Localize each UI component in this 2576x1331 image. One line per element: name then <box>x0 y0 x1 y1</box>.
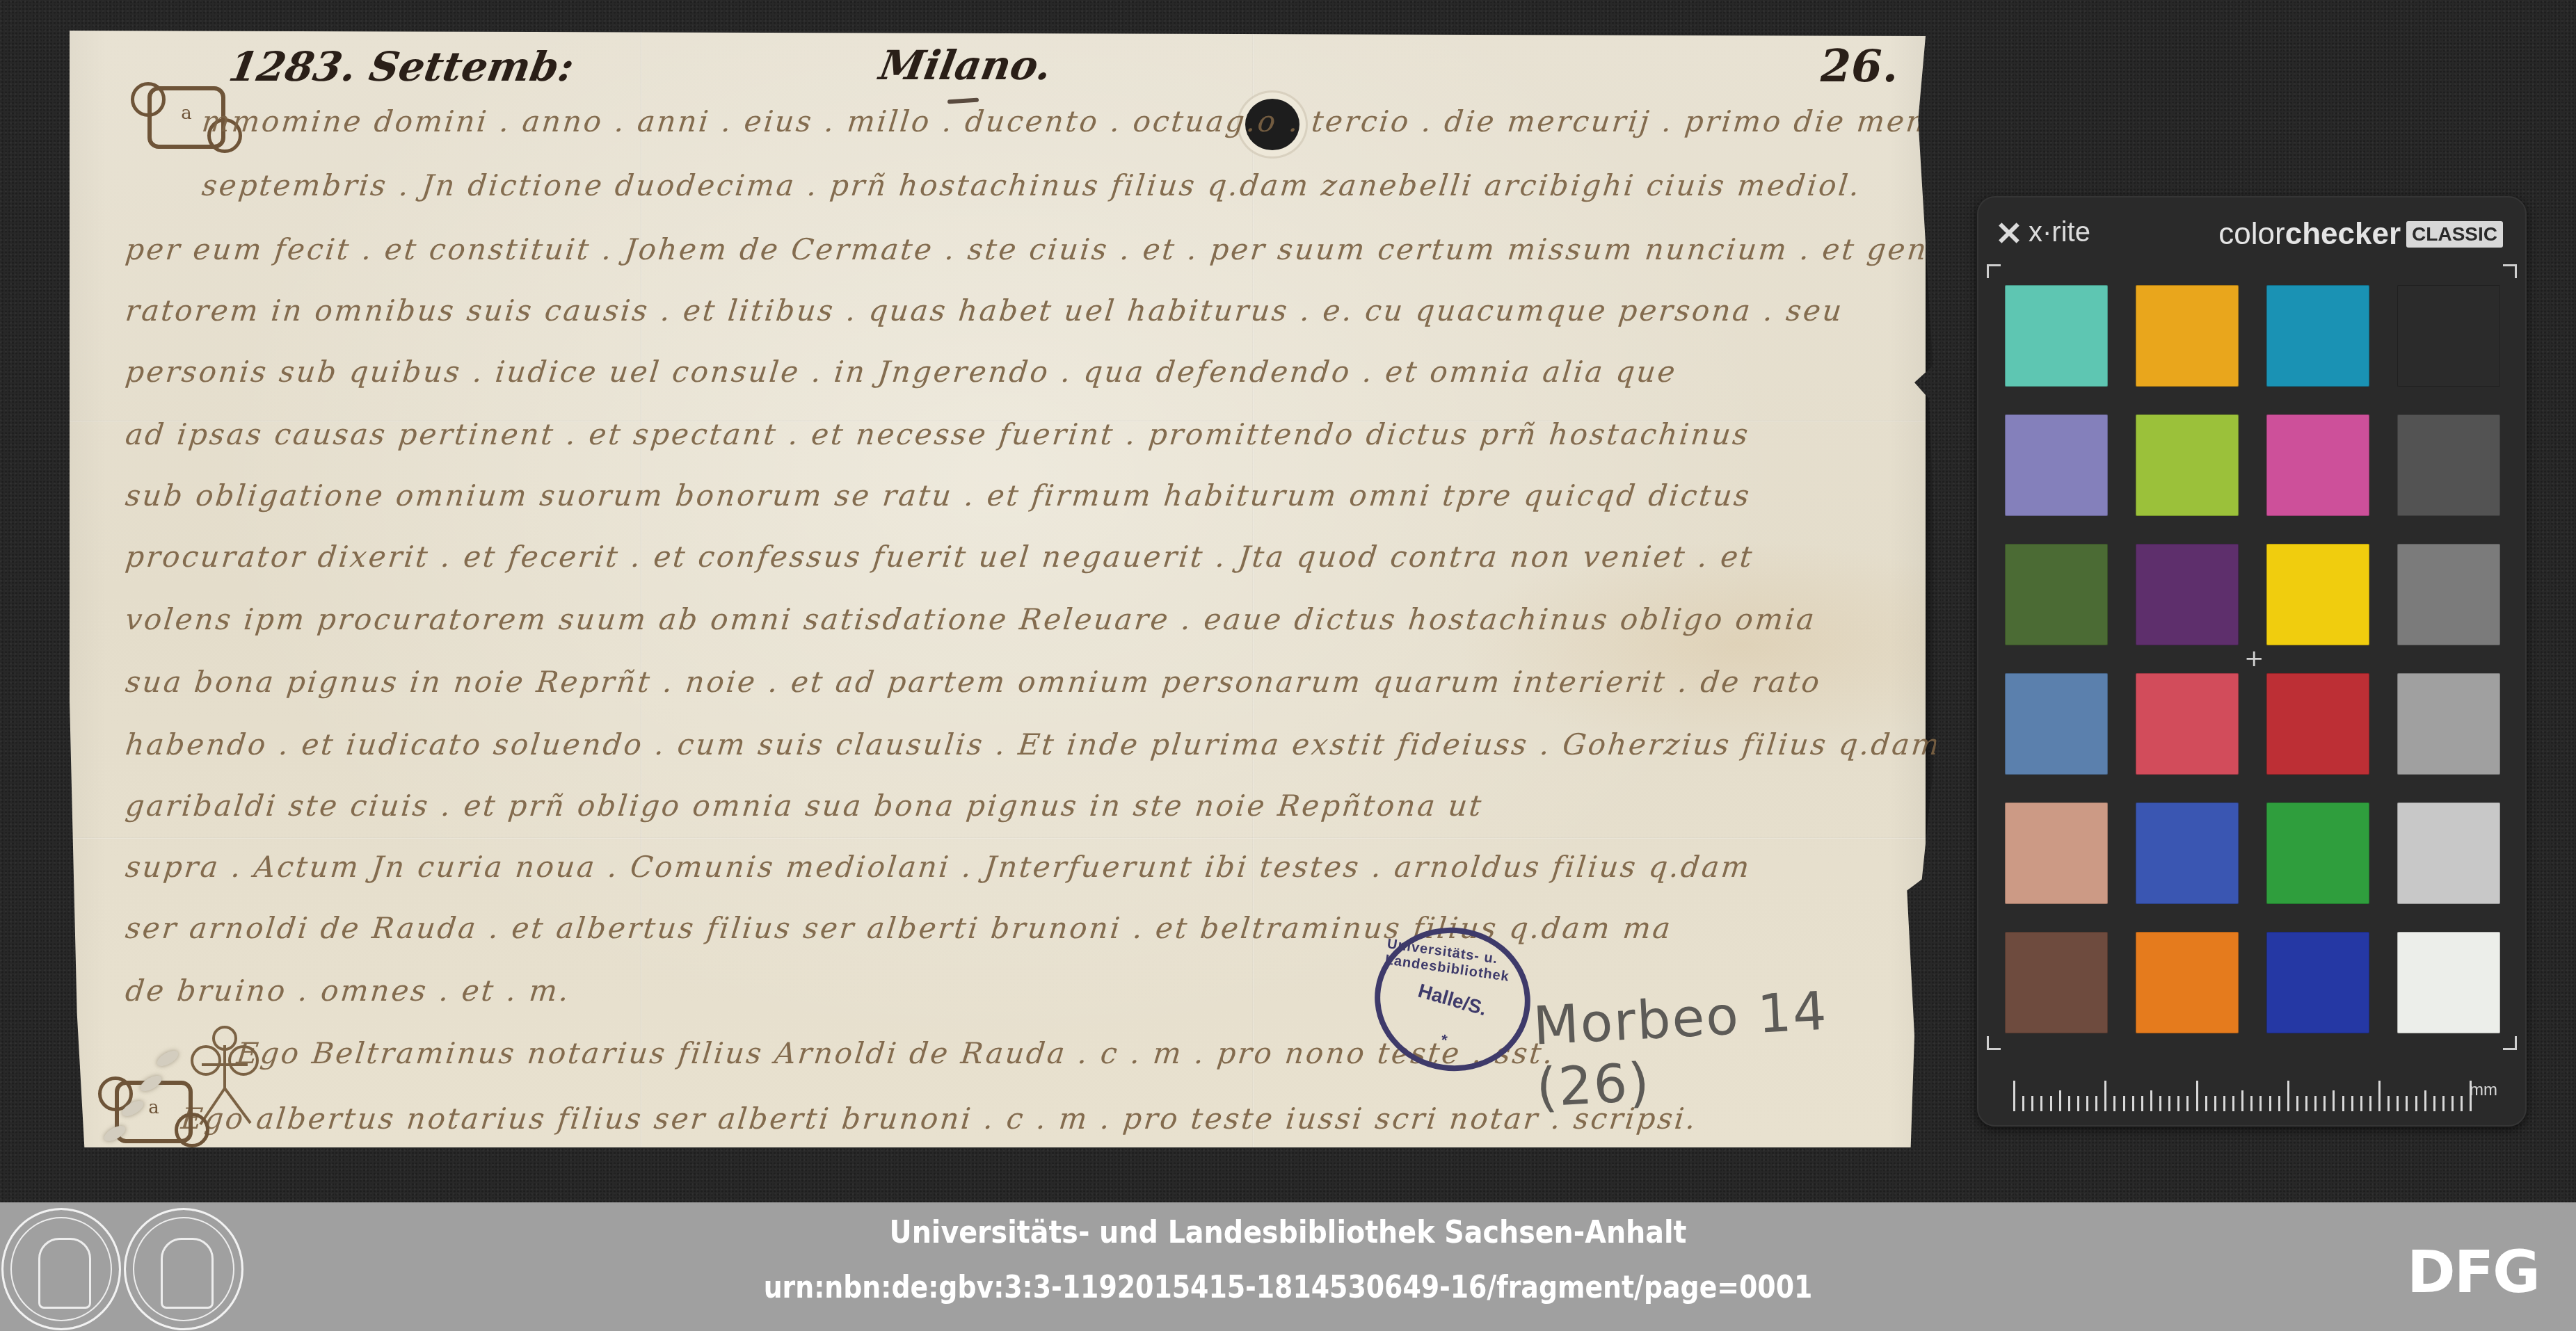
ruler-tick <box>2342 1096 2344 1111</box>
pencil-shelfmark: Morbeo 14 (26) <box>1532 974 1929 1118</box>
notary-signum-icon <box>186 1022 263 1126</box>
ruler-tick <box>2369 1096 2371 1111</box>
footer-text-block: Universitäts- und Landesbibliothek Sachs… <box>0 1215 2576 1305</box>
ruler-tick <box>2177 1096 2179 1111</box>
mm-ruler <box>2013 1079 2472 1111</box>
manuscript-line: per eum fecit . et constituit . Johem de… <box>123 232 1949 274</box>
ruler-tick <box>2104 1081 2106 1111</box>
ruler-tick <box>2314 1096 2317 1111</box>
registration-corner-icon <box>2503 1036 2517 1050</box>
ruler-tick <box>2123 1096 2125 1111</box>
ruler-tick <box>2415 1096 2417 1111</box>
color-swatch <box>2136 932 2239 1033</box>
xrite-logo: x·rite <box>1997 217 2090 248</box>
notary-subscription: Ego Beltraminus notarius filius Arnoldi … <box>234 1036 1556 1078</box>
ruler-tick <box>2159 1096 2161 1111</box>
ruler-tick <box>2305 1096 2307 1111</box>
ruler-tick <box>2397 1096 2399 1111</box>
ruler-tick <box>2278 1096 2280 1111</box>
ruler-tick <box>2205 1096 2207 1111</box>
manuscript-line: ratorem in omnibus suis causis . et liti… <box>123 293 1846 335</box>
manuscript-line: habendo . et iudicato soluendo . cum sui… <box>123 727 2058 769</box>
ruler-tick <box>2296 1096 2298 1111</box>
ruler-tick <box>2040 1096 2042 1111</box>
ruler-tick <box>2013 1081 2015 1111</box>
color-swatch <box>2136 802 2239 904</box>
ruler-tick <box>2259 1096 2262 1111</box>
seal-cord-holes <box>97 1053 181 1143</box>
place-underline <box>947 97 979 104</box>
color-swatch <box>2005 932 2108 1033</box>
ruler-tick <box>2196 1081 2198 1111</box>
ruler-tick <box>2095 1096 2097 1111</box>
manuscript-line: procurator dixerit . et fecerit . et con… <box>123 540 1756 581</box>
color-swatch <box>2005 414 2108 516</box>
ruler-tick <box>2132 1096 2134 1111</box>
ruler-tick <box>2150 1090 2152 1111</box>
color-swatch <box>2005 285 2108 387</box>
manuscript-line: garibaldi ste ciuis . et prñ obligo omni… <box>123 789 1485 830</box>
archival-place-annotation: Milano. <box>876 42 1055 89</box>
ruler-tick <box>2168 1096 2170 1111</box>
archival-date-annotation: 1283. Settemb: <box>225 43 577 90</box>
xrite-mark-icon <box>1997 220 2022 245</box>
ruler-tick <box>2031 1096 2033 1111</box>
manuscript-line: personis sub quibus . iudice uel consule… <box>123 355 1679 396</box>
manuscript-line: mmominе domini . anno . anni . eius . mi… <box>200 104 1974 146</box>
color-swatch <box>2397 802 2500 904</box>
color-swatch <box>2266 544 2369 645</box>
ruler-tick <box>2022 1096 2024 1111</box>
ruler-unit-label: mm <box>2470 1081 2497 1100</box>
color-swatch <box>2397 414 2500 516</box>
manuscript-line: septembris . Jn dictione duodecima . prñ… <box>200 168 1863 210</box>
ruler-tick <box>2406 1096 2408 1111</box>
dfg-logo: DFG <box>2407 1243 2539 1301</box>
parchment-document: 1283. Settemb: Milano. 26. a mmominе dom… <box>70 31 1926 1147</box>
colorchecker-product-name: color checker CLASSIC <box>2218 217 2503 252</box>
ruler-tick <box>2424 1090 2426 1111</box>
ruler-tick <box>2433 1096 2435 1111</box>
color-swatch <box>2397 285 2500 387</box>
color-swatch <box>2266 932 2369 1033</box>
color-swatch <box>2136 544 2239 645</box>
color-swatch <box>2266 673 2369 775</box>
center-crosshair-icon: + <box>2244 647 2264 670</box>
manuscript-line: volens ipm procuratorem suum ab omni sat… <box>123 602 1818 644</box>
ruler-tick <box>2141 1096 2143 1111</box>
color-swatch <box>2397 673 2500 775</box>
color-swatch <box>2136 414 2239 516</box>
ruler-tick <box>2378 1081 2381 1111</box>
ruler-tick <box>2323 1096 2326 1111</box>
ruler-tick <box>2442 1096 2445 1111</box>
color-swatch <box>2005 673 2108 775</box>
registration-corner-icon <box>1987 1036 2001 1050</box>
ruler-tick <box>2186 1096 2189 1111</box>
color-swatch <box>2005 802 2108 904</box>
color-swatch <box>2397 932 2500 1033</box>
ruler-tick <box>2461 1096 2463 1111</box>
registration-corner-icon <box>1987 264 2001 278</box>
color-swatch <box>2136 673 2239 775</box>
urn-identifier[interactable]: urn:nbn:de:gbv:3:3-1192015415-1814530649… <box>180 1270 2396 1305</box>
manuscript-line: ad ipsas causas pertinent . et spectant … <box>123 417 1752 459</box>
classic-badge: CLASSIC <box>2406 221 2503 248</box>
manuscript-line: supra . Actum Jn curia noua . Comunis me… <box>123 850 1753 892</box>
fold-line <box>70 837 1926 839</box>
color-swatch <box>2136 285 2239 387</box>
ruler-tick <box>2333 1090 2335 1111</box>
ruler-tick <box>2214 1096 2216 1111</box>
institution-footer: Universitäts- und Landesbibliothek Sachs… <box>0 1202 2576 1331</box>
ruler-tick <box>2113 1096 2115 1111</box>
library-ownership-stamp: Universitäts- u. Landesbibliothek Halle/… <box>1366 917 1539 1081</box>
ruler-tick <box>2223 1096 2225 1111</box>
manuscript-line: de bruino . omnes . et . m. <box>123 974 573 1015</box>
ruler-tick <box>2232 1096 2234 1111</box>
color-swatch <box>2266 802 2369 904</box>
notary-subscription: Ego albertus notarius filius ser alberti… <box>179 1102 1699 1143</box>
ruler-tick <box>2287 1081 2289 1111</box>
ruler-tick <box>2387 1096 2390 1111</box>
manuscript-line: sub obligatione omnium suorum bonorum se… <box>123 478 1753 520</box>
ruler-tick <box>2351 1096 2353 1111</box>
ruler-tick <box>2086 1096 2088 1111</box>
institution-name: Universitäts- und Landesbibliothek Sachs… <box>129 1215 2447 1250</box>
archival-number-annotation: 26. <box>1821 40 1898 92</box>
color-swatch <box>2266 285 2369 387</box>
ruler-tick <box>2241 1090 2243 1111</box>
ruler-tick <box>2360 1096 2362 1111</box>
ruler-tick <box>2269 1096 2271 1111</box>
ruler-tick <box>2050 1096 2052 1111</box>
image-viewer: 1283. Settemb: Milano. 26. a mmominе dom… <box>0 0 2576 1203</box>
color-checker-target: x·rite color checker CLASSIC + mm <box>1977 196 2527 1127</box>
color-swatch <box>2005 544 2108 645</box>
color-swatch <box>2397 544 2500 645</box>
ruler-tick <box>2059 1090 2061 1111</box>
ruler-tick <box>2077 1096 2079 1111</box>
manuscript-line: sua bona pignus in noie Reprñt . noie . … <box>123 665 1823 707</box>
ruler-tick <box>2068 1096 2070 1111</box>
ruler-tick <box>2451 1096 2454 1111</box>
ruler-tick <box>2250 1096 2253 1111</box>
registration-corner-icon <box>2503 264 2517 278</box>
color-swatch <box>2266 414 2369 516</box>
